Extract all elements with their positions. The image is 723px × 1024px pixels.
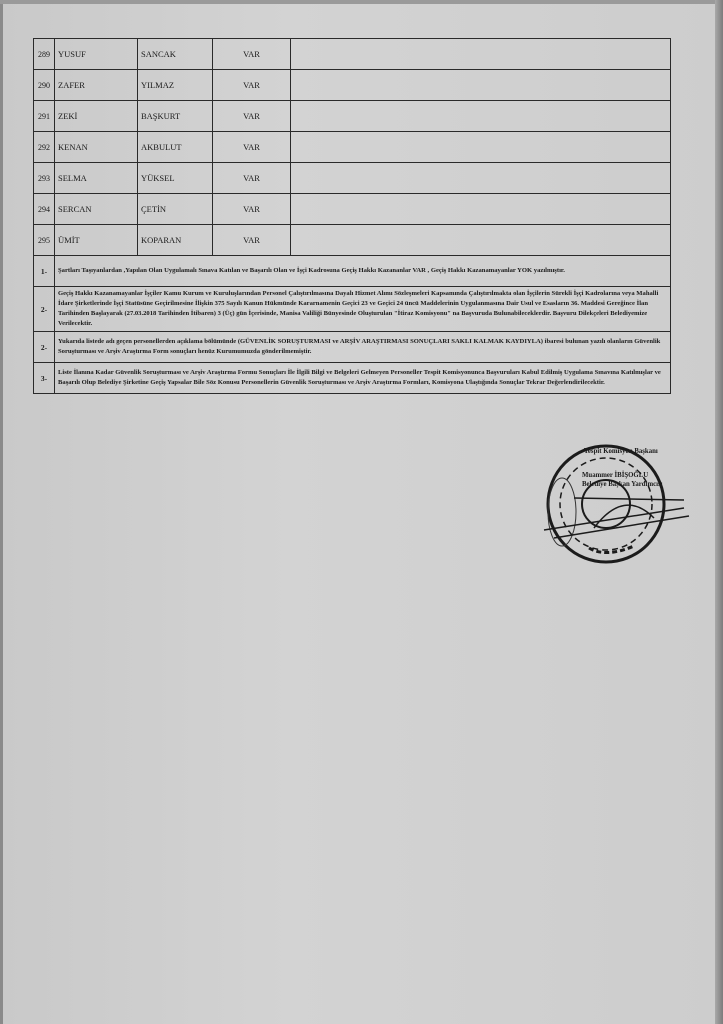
note-number: 2- [34,287,55,332]
official-stamp-icon [534,438,694,568]
status: VAR [213,101,291,132]
signature-name: Muammer İBİŞOĞLU [582,472,648,479]
status: VAR [213,194,291,225]
last-name: YILMAZ [138,70,213,101]
table-row: 293 SELMA YÜKSEL VAR [34,163,671,194]
remark [291,194,671,225]
row-number: 289 [34,39,55,70]
last-name: YÜKSEL [138,163,213,194]
status: VAR [213,225,291,256]
first-name: SERCAN [55,194,138,225]
note-number: 1- [34,256,55,287]
status: VAR [213,132,291,163]
row-number: 291 [34,101,55,132]
first-name: ZAFER [55,70,138,101]
row-number: 294 [34,194,55,225]
last-name: AKBULUT [138,132,213,163]
scan-edge-right [715,0,723,1024]
signature-title: Tespit Komisyon Başkanı [584,448,658,455]
remark [291,39,671,70]
note-number: 2- [34,332,55,363]
personnel-table: 289 YUSUF SANCAK VAR 290 ZAFER YILMAZ VA… [33,38,671,394]
first-name: YUSUF [55,39,138,70]
row-number: 293 [34,163,55,194]
status: VAR [213,163,291,194]
first-name: ZEKİ [55,101,138,132]
row-number: 290 [34,70,55,101]
first-name: ÜMİT [55,225,138,256]
first-name: SELMA [55,163,138,194]
table-row: 291 ZEKİ BAŞKURT VAR [34,101,671,132]
table-row: 290 ZAFER YILMAZ VAR [34,70,671,101]
note-number: 3- [34,363,55,394]
note-row: 2- Yukarıda listede adı geçen personelle… [34,332,671,363]
table-row: 294 SERCAN ÇETİN VAR [34,194,671,225]
status: VAR [213,39,291,70]
remark [291,101,671,132]
note-text: Liste İlanına Kadar Güvenlik Soruşturmas… [55,363,671,394]
remark [291,225,671,256]
table-row: 295 ÜMİT KOPARAN VAR [34,225,671,256]
note-row: 1- Şartları Taşıyanlardan ,Yapılan Olan … [34,256,671,287]
last-name: BAŞKURT [138,101,213,132]
table-row: 292 KENAN AKBULUT VAR [34,132,671,163]
note-text: Şartları Taşıyanlardan ,Yapılan Olan Uyg… [55,256,671,287]
note-text: Yukarıda listede adı geçen personellerde… [55,332,671,363]
last-name: ÇETİN [138,194,213,225]
signature-role: Belediye Başkan Yardımcısı [582,481,663,488]
remark [291,163,671,194]
scan-edge-top [0,0,723,4]
remark [291,70,671,101]
last-name: KOPARAN [138,225,213,256]
row-number: 295 [34,225,55,256]
last-name: SANCAK [138,39,213,70]
row-number: 292 [34,132,55,163]
note-row: 3- Liste İlanına Kadar Güvenlik Soruştur… [34,363,671,394]
remark [291,132,671,163]
first-name: KENAN [55,132,138,163]
table-row: 289 YUSUF SANCAK VAR [34,39,671,70]
status: VAR [213,70,291,101]
note-row: 2- Geçiş Hakkı Kazanamayanlar İşçiler Ka… [34,287,671,332]
note-text: Geçiş Hakkı Kazanamayanlar İşçiler Kamu … [55,287,671,332]
